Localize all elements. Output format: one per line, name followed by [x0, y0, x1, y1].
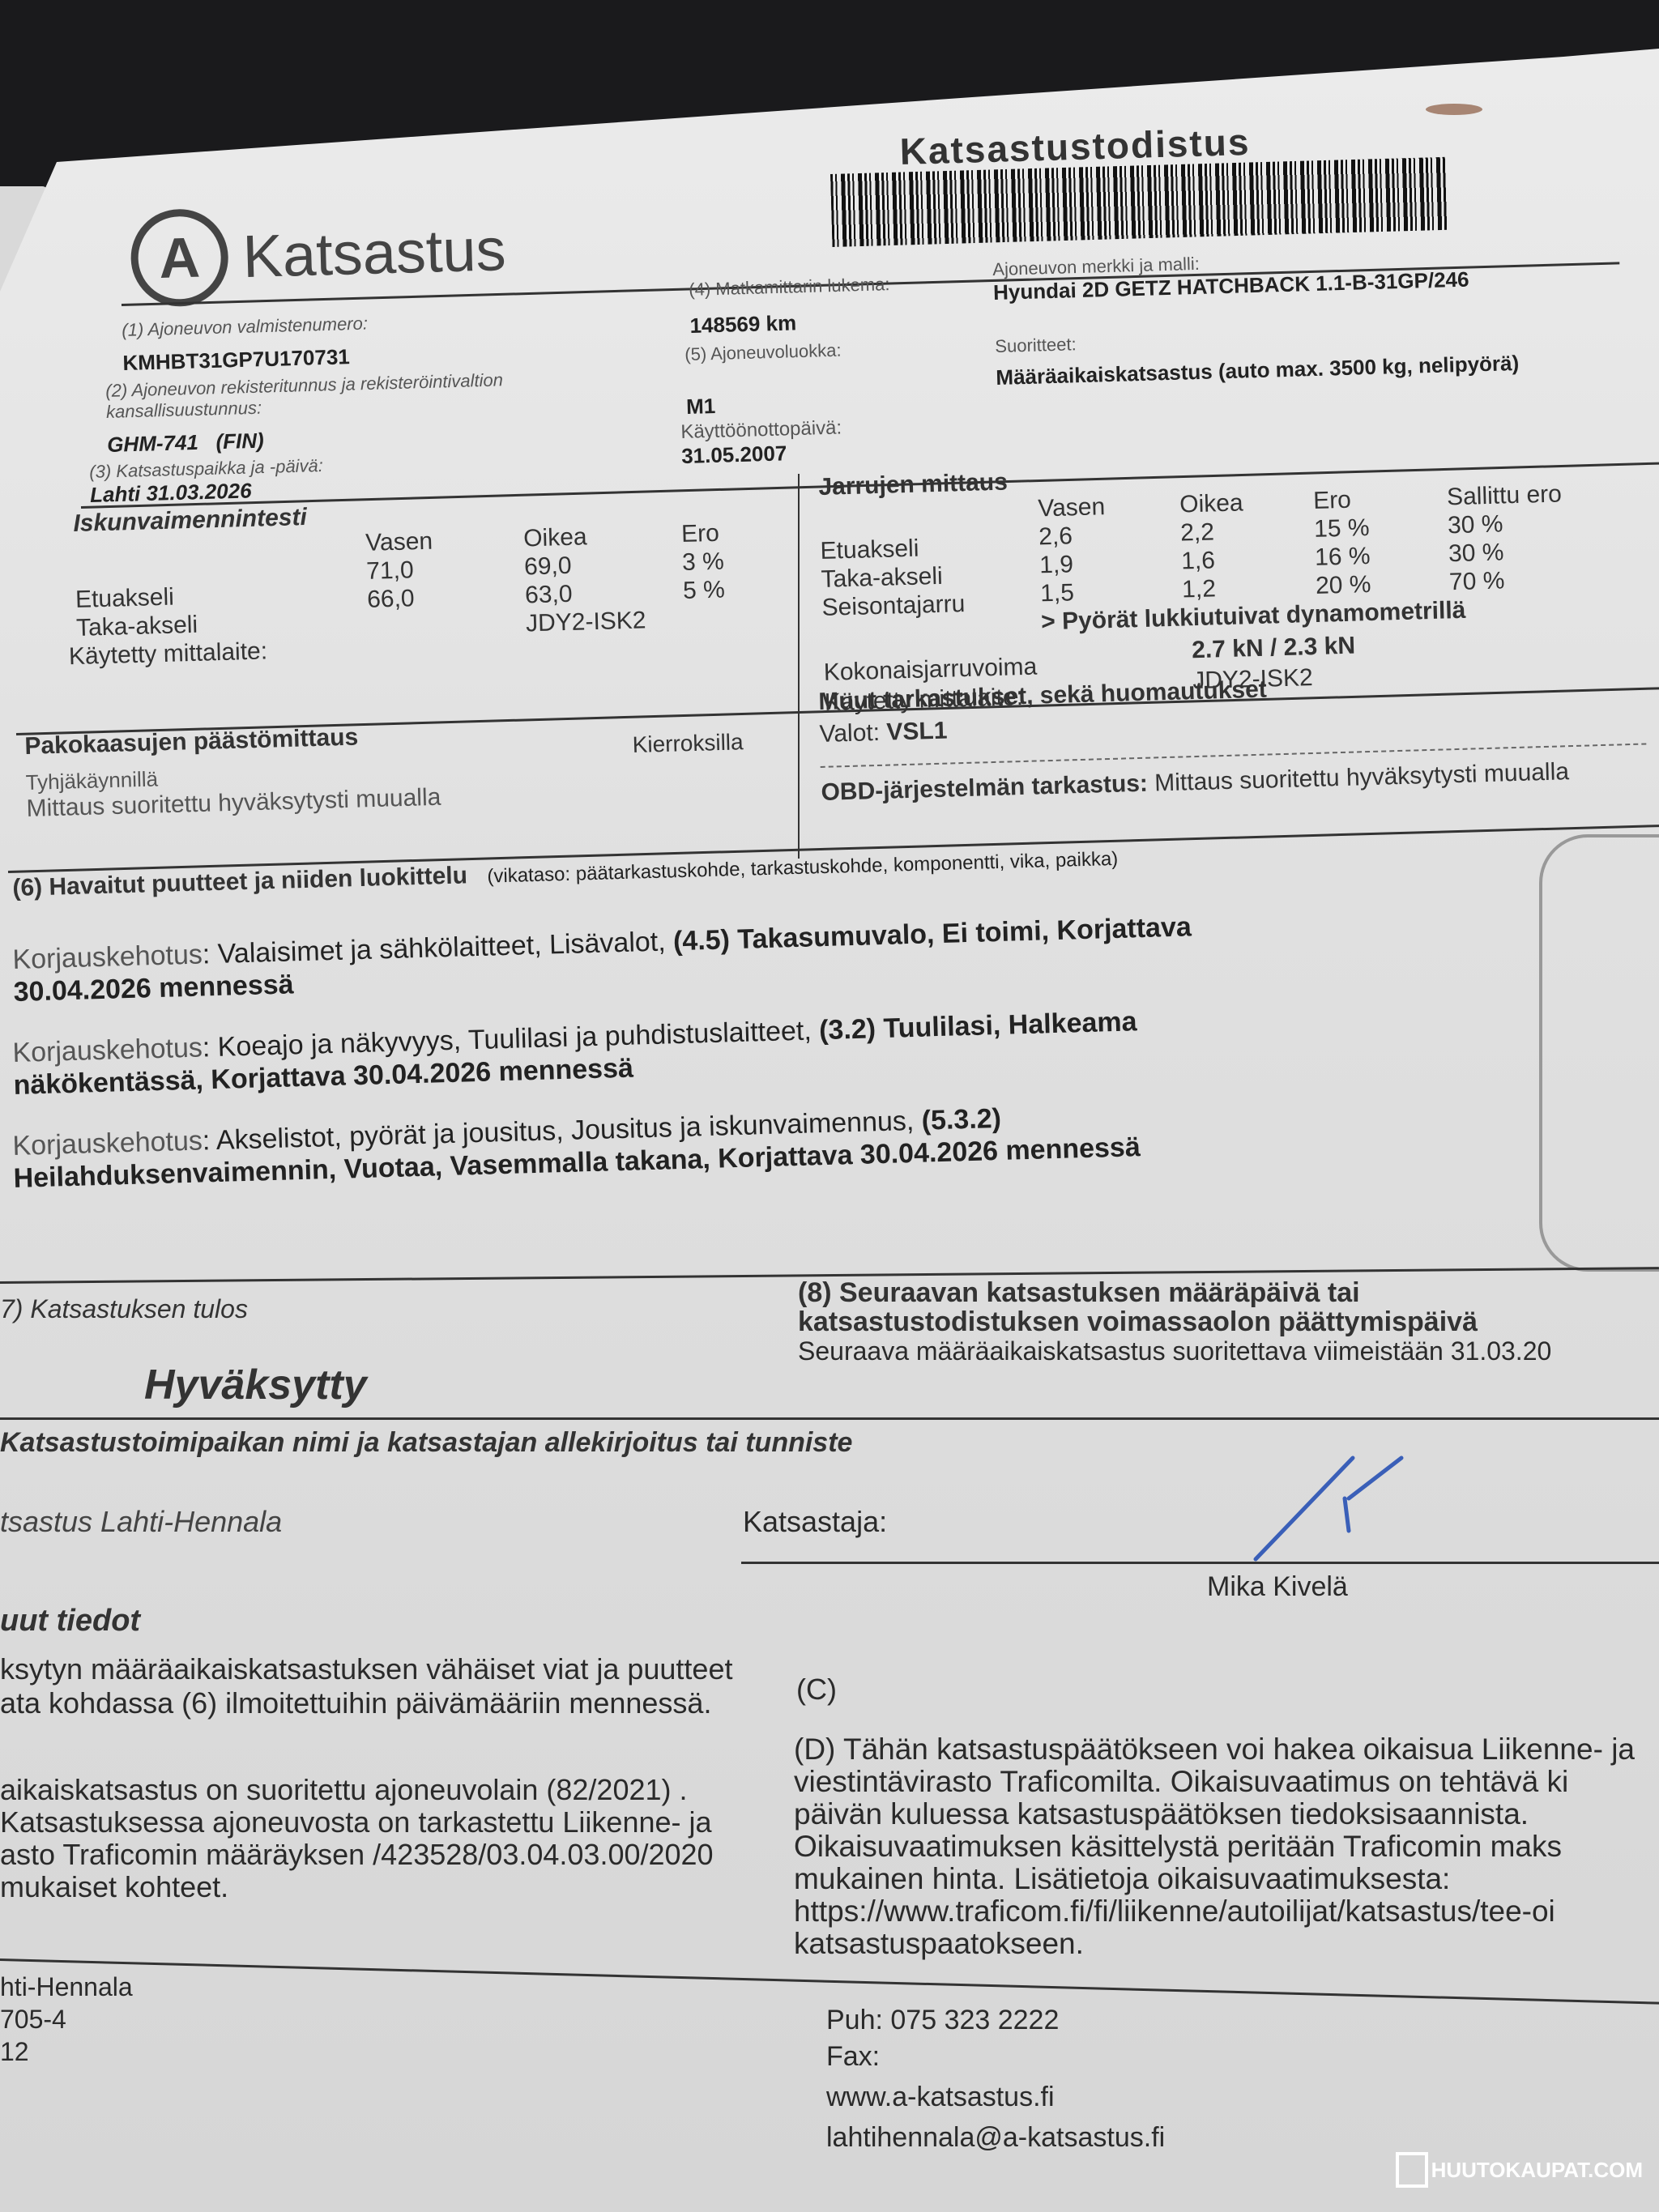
vin-value: KMHBT31GP7U170731: [122, 344, 369, 376]
cell: 2,2: [1180, 518, 1215, 547]
col-header: Sallittu ero: [1447, 480, 1563, 511]
cell: 1,5: [1040, 579, 1075, 607]
other-info-para1: ksytyn määräaikaiskatsastuksen vähäiset …: [0, 1652, 745, 1720]
col-header: Vasen: [365, 528, 433, 557]
cell: 71,0: [366, 556, 414, 586]
vin-block: (1) Ajoneuvon valmistenumero: KMHBT31GP7…: [122, 313, 369, 376]
inspection-certificate: A Katsastus Katsastustodistus (1) Ajoneu…: [0, 0, 1659, 2212]
col-header: Ero: [1313, 487, 1352, 515]
defect-item: Korjauskehotus: Koeajo ja näkyvyys, Tuul…: [12, 1000, 1326, 1102]
first-use-block: Käyttöönottopäivä: 31.05.2007: [680, 416, 842, 469]
other-info-para2: aikaiskatsastus on suoritettu ajoneuvola…: [0, 1774, 753, 1903]
odometer-block: (4) Matkamittarin lukema: 148569 km: [689, 274, 891, 339]
row-label: Seisontajarru: [821, 590, 966, 622]
col-header: Ero: [681, 520, 720, 548]
lights-label: Valot:: [819, 719, 880, 748]
inspector-signature: [1247, 1450, 1426, 1567]
next-text: Seuraava määräaikaiskatsastus suoritetta…: [798, 1336, 1659, 1366]
result-label: 7) Katsastuksen tulos: [0, 1294, 248, 1324]
footer-line: hti-Hennala: [0, 1972, 133, 2002]
rpm-label: Kierroksilla: [632, 729, 744, 758]
inspector-label: Katsastaja:: [743, 1505, 887, 1539]
defect-lead: Korjauskehotus: [12, 1125, 203, 1161]
signature-title: Katsastustoimipaikan nimi ja katsastajan…: [0, 1427, 852, 1459]
row-label: Taka-akseli: [821, 563, 943, 594]
footer-website[interactable]: www.a-katsastus.fi: [826, 2082, 1055, 2113]
obd-label: OBD-järjestelmän tarkastus:: [821, 770, 1148, 806]
watermark-text: HUUTOKAUPAT.COM: [1431, 2158, 1643, 2183]
cell: 1,2: [1182, 575, 1217, 603]
cell: 1,6: [1181, 547, 1216, 575]
row-label: Etuakseli: [820, 535, 919, 565]
row-label: Etuakseli: [75, 584, 175, 614]
brand-name: Katsastus: [241, 215, 506, 291]
inspector-name: Mika Kivelä: [1207, 1571, 1348, 1603]
car-diagram: [1539, 834, 1659, 1272]
obd-value: Mittaus suoritettu hyväksytysti muualla: [1154, 758, 1570, 796]
other-info-title: uut tiedot: [0, 1604, 140, 1639]
reg-block: (2) Ajoneuvon rekisteritunnus ja rekiste…: [105, 367, 609, 458]
class-block: (5) Ajoneuvoluokka: M1: [684, 340, 843, 420]
total-label: Kokonaisjarruvoima: [823, 654, 1037, 687]
cell: 20 %: [1316, 571, 1371, 600]
divider: [0, 1417, 1659, 1420]
defect-item: Korjauskehotus: Akselistot, pyörät ja jo…: [12, 1093, 1326, 1195]
odometer-value: 148569 km: [689, 308, 891, 339]
appeal-text: (D) Tähän katsastuspäätökseen voi hakea …: [794, 1733, 1659, 1976]
shock-test: Iskunvaimennintesti Vasen Oikea Ero Etua…: [73, 491, 774, 651]
vin-label: (1) Ajoneuvon valmistenumero:: [122, 313, 368, 341]
footer-fax: Fax:: [826, 2041, 880, 2073]
cell: 2,6: [1038, 522, 1073, 551]
first-use-label: Käyttöönottopäivä:: [680, 416, 842, 444]
footer-line: 12: [0, 2037, 29, 2067]
col-header: Oikea: [523, 523, 587, 552]
cell: 30 %: [1448, 539, 1504, 568]
paper-stain: [1426, 104, 1482, 115]
total-value: 2.7 kN / 2.3 kN: [1192, 633, 1356, 665]
cell: 70 %: [1449, 567, 1505, 596]
defects-header: (6) Havaitut puutteet ja niiden luokitte…: [12, 844, 1119, 902]
first-use-value: 31.05.2007: [681, 439, 843, 469]
lights-value: VSL1: [886, 718, 948, 746]
defect-lead: Korjauskehotus: [12, 939, 203, 975]
defect-lead: Korjauskehotus: [12, 1032, 203, 1068]
signature-line: [741, 1562, 1659, 1564]
a-logo-icon: A: [130, 208, 229, 308]
defect-category: : Valaisimet ja sähkölaitteet, Lisävalot…: [202, 926, 673, 970]
next-title: (8) Seuraavan katsastuksen määräpäivä ta…: [798, 1278, 1624, 1336]
performed-block: Suoritteet: Määräaikaiskatsastus (auto m…: [995, 319, 1612, 390]
class-value: M1: [686, 390, 843, 420]
watermark-logo-icon: [1396, 2152, 1428, 2188]
column-divider: [798, 705, 800, 859]
make-block: Ajoneuvon merkki ja malli: Hyundai 2D GE…: [992, 244, 1544, 305]
watermark: HUUTOKAUPAT.COM: [1396, 2152, 1643, 2188]
col-header: Vasen: [1038, 493, 1106, 522]
reg-label: (2) Ajoneuvon rekisteritunnus ja rekiste…: [105, 367, 608, 423]
emissions-block: Pakokaasujen päästömittaus Tyhjäkäynnill…: [24, 712, 772, 823]
cell: 15 %: [1314, 514, 1370, 543]
class-label: (5) Ajoneuvoluokka:: [684, 340, 842, 365]
cell: 16 %: [1315, 543, 1371, 572]
col-header: Oikea: [1179, 489, 1243, 518]
footer-line: 705-4: [0, 2005, 66, 2035]
cell: 69,0: [524, 552, 572, 582]
cell: 5 %: [683, 577, 726, 605]
footer-email[interactable]: lahtihennala@a-katsastus.fi: [826, 2122, 1165, 2154]
brake-note: > Pyörät lukkiutuivat dynamometrillä: [1041, 597, 1466, 637]
defects-subtitle: (vikataso: päätarkastuskohde, tarkastusk…: [487, 848, 1119, 888]
cell: 30 %: [1448, 510, 1503, 539]
device-label: Käytetty mittalaite:: [69, 637, 268, 671]
section-c: (C): [796, 1673, 837, 1707]
row-label: Taka-akseli: [76, 612, 198, 642]
device-value: JDY2-ISK2: [526, 607, 646, 637]
cell: 63,0: [525, 581, 573, 610]
defect-item: Korjauskehotus: Valaisimet ja sähkölaitt…: [12, 907, 1326, 1008]
footer-phone: Puh: 075 323 2222: [826, 2005, 1059, 2036]
cell: 66,0: [367, 585, 415, 614]
result-value: Hyväksytty: [144, 1361, 367, 1409]
cell: 1,9: [1039, 551, 1074, 579]
other-checks: Muut tarkastukset, sekä huomautukset Val…: [818, 665, 1659, 807]
odometer-label: (4) Matkamittarin lukema:: [689, 274, 890, 300]
brand-logo: A Katsastus: [130, 200, 507, 308]
station-name: tsastus Lahti-Hennala: [0, 1505, 282, 1539]
reg-value: GHM-741 (FIN): [107, 419, 610, 458]
next-inspection: (8) Seuraavan katsastuksen määräpäivä ta…: [798, 1278, 1659, 1366]
cell: 3 %: [682, 548, 725, 577]
